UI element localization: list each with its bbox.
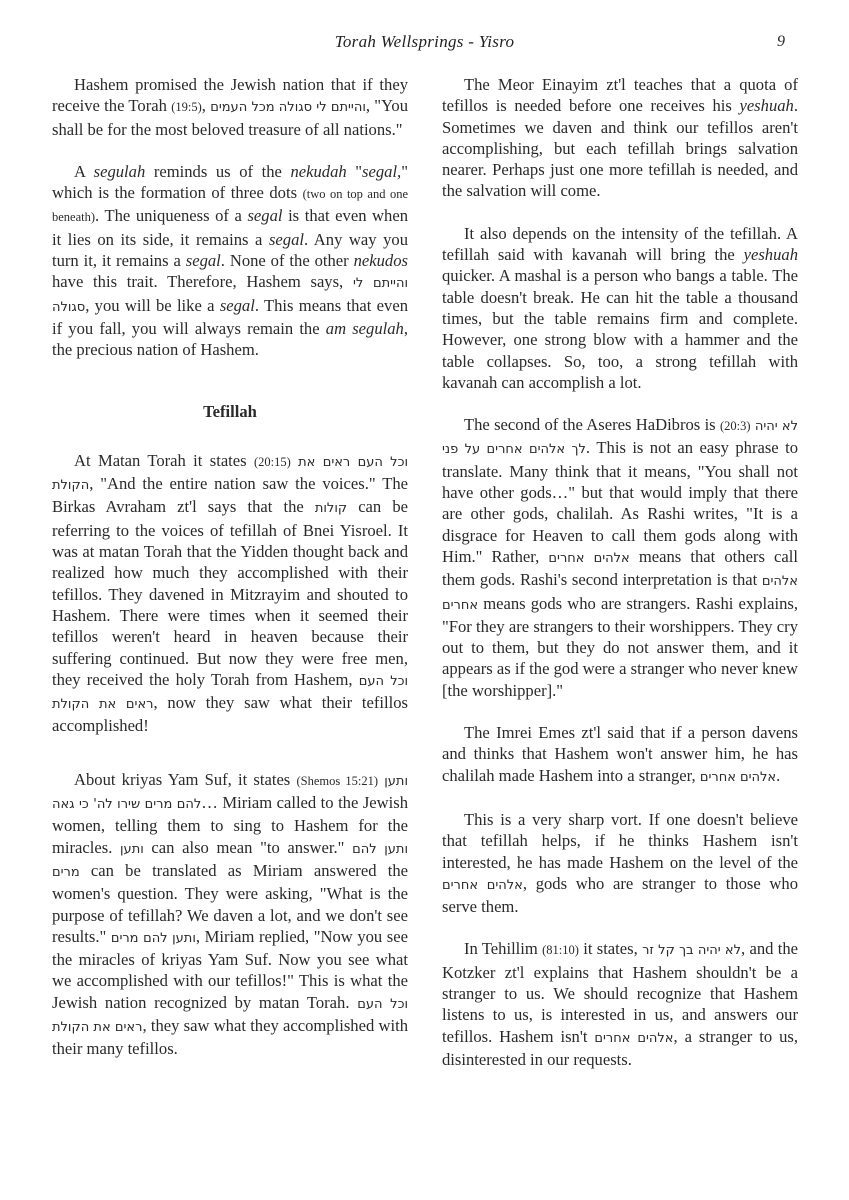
hebrew-quote: אלהים אחרים xyxy=(594,1031,673,1046)
text: . None of the other xyxy=(221,251,354,270)
hebrew-quote: ותען xyxy=(120,842,144,857)
hebrew-quote: לא יהיה בך קל זר xyxy=(642,943,741,958)
paragraph-intensity: It also depends on the intensity of the … xyxy=(442,223,798,393)
italic-term: segal xyxy=(247,206,282,225)
text: means gods who are strangers. Rashi expl… xyxy=(442,594,798,700)
text: can also mean "to answer." xyxy=(144,838,352,857)
page-number: 9 xyxy=(777,33,785,51)
hebrew-quote: אלהים אחרים xyxy=(442,878,523,893)
text: can be referring to the voices of tefill… xyxy=(52,497,408,688)
italic-term: nekudos xyxy=(354,251,408,270)
text: . xyxy=(776,766,780,785)
paragraph-imrei-emes: The Imrei Emes zt'l said that if a perso… xyxy=(442,722,798,788)
text: A xyxy=(74,162,94,181)
text: quicker. A mashal is a person who bangs … xyxy=(442,266,798,391)
verse-reference: (20:3) xyxy=(720,419,751,433)
text: , xyxy=(202,96,210,115)
hebrew-quote: קולות xyxy=(315,501,347,516)
text: have this trait. Therefore, Hashem says, xyxy=(52,272,353,291)
right-column: The Meor Einayim zt'l teaches that a quo… xyxy=(442,74,798,1091)
verse-reference: (81:10) xyxy=(542,943,579,957)
text: it states, xyxy=(579,939,642,958)
hebrew-quote: אלהים אחרים xyxy=(700,770,776,785)
paragraph-matan-torah: At Matan Torah it states (20:15) וכל העם… xyxy=(52,450,408,737)
paragraph-aseres-hadibros: The second of the Aseres HaDibros is (20… xyxy=(442,414,798,701)
paragraph-tehillim-kotzker: In Tehillim (81:10) it states, לא יהיה ב… xyxy=(442,938,798,1070)
hebrew-quote: ותען להם מרים xyxy=(111,931,196,946)
italic-term: segulah xyxy=(94,162,146,181)
italic-term: segal xyxy=(186,251,221,270)
hebrew-quote: אלהים אחרים xyxy=(548,551,629,566)
text: This is a very sharp vort. If one doesn'… xyxy=(442,810,798,872)
paragraph-kriyas-yam-suf: About kriyas Yam Suf, it states (Shemos … xyxy=(52,769,408,1060)
text: , you will be like a xyxy=(85,296,220,315)
italic-term: yeshuah xyxy=(739,96,793,115)
section-heading-tefillah: Tefillah xyxy=(52,401,408,422)
italic-term: segal xyxy=(220,296,255,315)
verse-reference: (Shemos 15:21) xyxy=(296,774,378,788)
paragraph-segulah-promise: Hashem promised the Jewish nation that i… xyxy=(52,74,408,140)
italic-term: nekudah xyxy=(290,162,346,181)
hebrew-quote: והייתם לי סגולה מכל העמים xyxy=(210,100,366,115)
running-title: Torah Wellsprings - Yisro xyxy=(0,32,849,52)
running-header: Torah Wellsprings - Yisro 9 xyxy=(0,32,849,58)
text: The second of the Aseres HaDibros is xyxy=(464,415,720,434)
italic-term: yeshuah xyxy=(744,245,798,264)
text: " xyxy=(347,162,362,181)
italic-term: segal xyxy=(269,230,304,249)
left-column: Hashem promised the Jewish nation that i… xyxy=(52,74,408,1081)
text: About kriyas Yam Suf, it states xyxy=(74,770,296,789)
text: reminds us of the xyxy=(145,162,290,181)
text: In Tehillim xyxy=(464,939,542,958)
text: At Matan Torah it states xyxy=(74,451,254,470)
italic-term: segal, xyxy=(362,162,401,181)
verse-reference: (20:15) xyxy=(254,455,291,469)
italic-term: am segulah xyxy=(326,319,404,338)
paragraph-segal: A segulah reminds us of the nekudah "seg… xyxy=(52,161,408,361)
text: . The uniqueness of a xyxy=(95,206,247,225)
paragraph-meor-einayim: The Meor Einayim zt'l teaches that a quo… xyxy=(442,74,798,202)
paragraph-sharp-vort: This is a very sharp vort. If one doesn'… xyxy=(442,809,798,917)
verse-reference: (19:5) xyxy=(171,100,202,114)
